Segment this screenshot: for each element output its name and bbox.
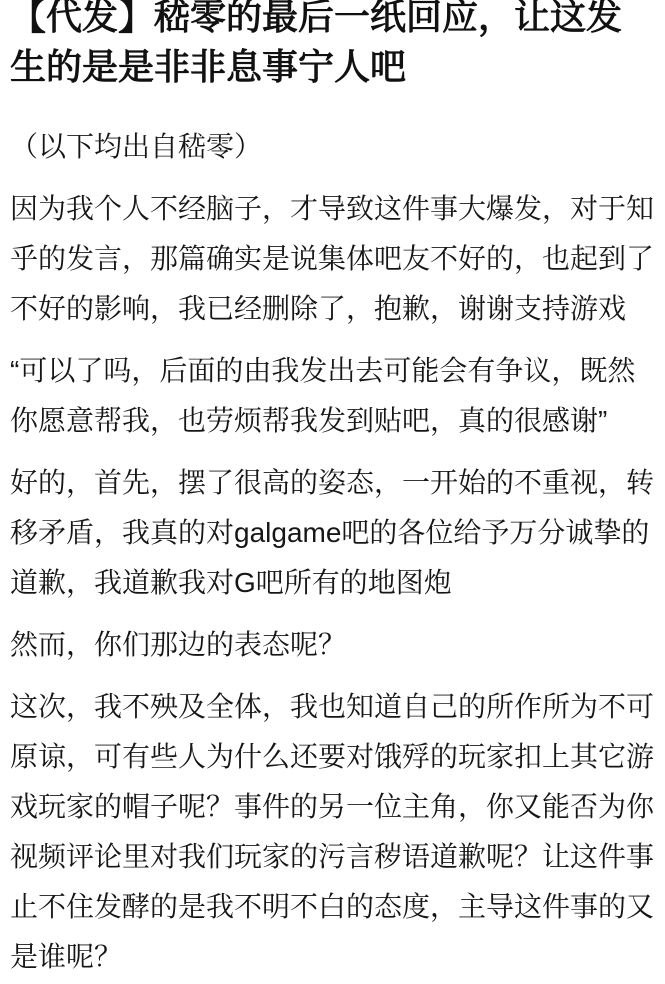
post-content: 【代发】嵇零的最后一纸回应，让这发生的是是非非息事宁人吧 （以下均出自嵇零） 因… xyxy=(0,0,665,982)
post-paragraph-response: 好的，首先，摆了很高的姿态，一开始的不重视，转移矛盾，我真的对galgame吧的… xyxy=(10,458,656,608)
post-paragraph-closing: 这次，我不殃及全体，我也知道自己的所作所为不可原谅，可有些人为什么还要对饿殍的玩… xyxy=(10,682,656,982)
post-title: 【代发】嵇零的最后一纸回应，让这发生的是是非非息事宁人吧 xyxy=(10,0,656,92)
post-paragraph-quote: “可以了吗，后面的由我发出去可能会有争议，既然你愿意帮我，也劳烦帮我发到贴吧，真… xyxy=(10,346,656,446)
post-paragraph-question: 然而，你们那边的表态呢？ xyxy=(10,620,656,670)
post-paragraph-apology: 因为我个人不经脑子，才导致这件事大爆发，对于知乎的发言，那篇确实是说集体吧友不好… xyxy=(10,184,656,334)
post-paragraph-source-note: （以下均出自嵇零） xyxy=(10,122,656,172)
